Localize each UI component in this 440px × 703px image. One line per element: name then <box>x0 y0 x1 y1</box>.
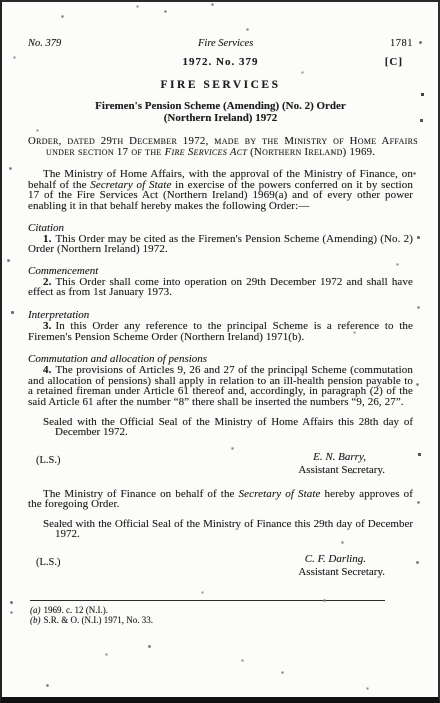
running-header: No. 379 Fire Services 1781 <box>28 38 413 49</box>
article-4-paragraph: 4.The provisions of Articles 9, 26 and 2… <box>28 365 413 407</box>
correction-marker: [C] <box>385 56 403 68</box>
running-header-page-number: 1781 <box>390 38 413 49</box>
preamble-text-end: (Northern Ireland) 1969. <box>247 146 375 158</box>
footnote-divider <box>30 600 385 601</box>
signature-1-title: Assistant Secretary. <box>28 464 385 477</box>
preamble-act-name: Fire Services Act <box>165 146 248 158</box>
signature-2-title: Assistant Secretary. <box>28 566 385 579</box>
article-4-text: The provisions of Articles 9, 26 and 27 … <box>28 364 413 408</box>
seal-locus-sigilli-1: (L.S.) <box>36 455 61 466</box>
article-2-text: This Order shall come into operation on … <box>28 276 413 299</box>
signature-1: E. N. Barry, Assistant Secretary. <box>28 451 385 477</box>
article-1-text: This Order may be cited as the Firemen's… <box>28 233 413 256</box>
sealing-clause-home-affairs: Sealed with the Official Seal of the Min… <box>28 417 413 438</box>
making-paragraph: The Ministry of Home Affairs, with the a… <box>28 169 413 211</box>
signature-block-finance: (L.S.) C. F. Darling. Assistant Secretar… <box>28 553 413 579</box>
order-title: Firemen's Pension Scheme (Amending) (No.… <box>28 100 413 124</box>
seal-locus-sigilli-2: (L.S.) <box>36 557 61 568</box>
approval-paragraph: The Ministry of Finance on behalf of the… <box>28 489 413 510</box>
footnote-b-marker: (b) <box>30 615 44 625</box>
order-title-line2: (Northern Ireland) 1972 <box>28 112 413 124</box>
footnote-a: (a)1969. c. 12 (N.I.). <box>30 605 413 615</box>
signature-1-name: E. N. Barry, <box>28 451 385 464</box>
footnotes: (a)1969. c. 12 (N.I.). (b)S.R. & O. (N.I… <box>30 605 413 625</box>
scan-noise-speckles <box>2 2 3 3</box>
footnote-b-text: S.R. & O. (N.I.) 1971, No. 33. <box>44 615 154 625</box>
signature-2: C. F. Darling. Assistant Secretary. <box>28 553 385 579</box>
instrument-line: 1972. No. 379 [C] <box>28 56 413 68</box>
article-3-text: In this Order any reference to the princ… <box>28 320 413 343</box>
order-title-line1: Firemen's Pension Scheme (Amending) (No.… <box>28 100 413 112</box>
page-content: No. 379 Fire Services 1781 1972. No. 379… <box>2 38 438 625</box>
signature-2-name: C. F. Darling. <box>28 553 385 566</box>
article-2-paragraph: 2.This Order shall come into operation o… <box>28 277 413 298</box>
running-header-instrument-number: No. 379 <box>28 38 61 49</box>
signature-block-home-affairs: (L.S.) E. N. Barry, Assistant Secretary. <box>28 451 413 477</box>
footnote-a-marker: (a) <box>30 605 44 615</box>
instrument-number: 1972. No. 379 <box>183 56 259 68</box>
sealing-clause-finance: Sealed with the Official Seal of the Min… <box>28 519 413 540</box>
scanned-document-page: No. 379 Fire Services 1781 1972. No. 379… <box>0 0 440 703</box>
running-header-title: Fire Services <box>198 38 253 49</box>
preamble-headnote: Order, dated 29th December 1972, made by… <box>28 136 418 157</box>
footnote-a-text: 1969. c. 12 (N.I.). <box>44 605 109 615</box>
article-1-paragraph: 1.This Order may be cited as the Firemen… <box>28 234 413 255</box>
footnote-b: (b)S.R. & O. (N.I.) 1971, No. 33. <box>30 615 413 625</box>
approval-secretary-of-state: Secretary of State <box>239 488 321 500</box>
subject-heading: FIRE SERVICES <box>28 79 413 91</box>
article-3-paragraph: 3.In this Order any reference to the pri… <box>28 321 413 342</box>
